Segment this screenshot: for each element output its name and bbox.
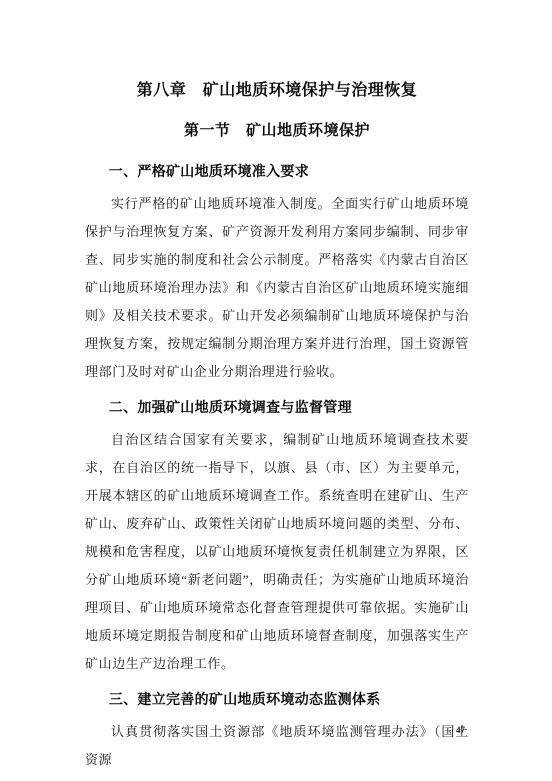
- page-number: 47: [456, 725, 465, 735]
- subsection-heading-3: 三、建立完善的矿山地质环境动态监测体系: [85, 690, 469, 708]
- body-paragraph-2: 自治区结合国家有关要求，编制矿山地质环境调查技术要求，在自治区的统一指导下，以旗…: [85, 426, 469, 678]
- section-title: 第一节 矿山地质环境保护: [85, 121, 469, 141]
- subsection-heading-1: 一、严格矿山地质环境准入要求: [85, 162, 469, 180]
- chapter-title: 第八章 矿山地质环境保护与治理恢复: [85, 81, 469, 101]
- body-paragraph-3: 认真贯彻落实国土资源部《地质环境监测管理办法》（国土资源: [85, 718, 469, 774]
- document-page: 第八章 矿山地质环境保护与治理恢复 第一节 矿山地质环境保护 一、严格矿山地质环…: [0, 0, 552, 781]
- body-paragraph-1: 实行严格的矿山地质环境准入制度。全面实行矿山地质环境保护与治理恢复方案、矿产资源…: [85, 190, 469, 386]
- subsection-heading-2: 二、加强矿山地质环境调查与监督管理: [85, 398, 469, 416]
